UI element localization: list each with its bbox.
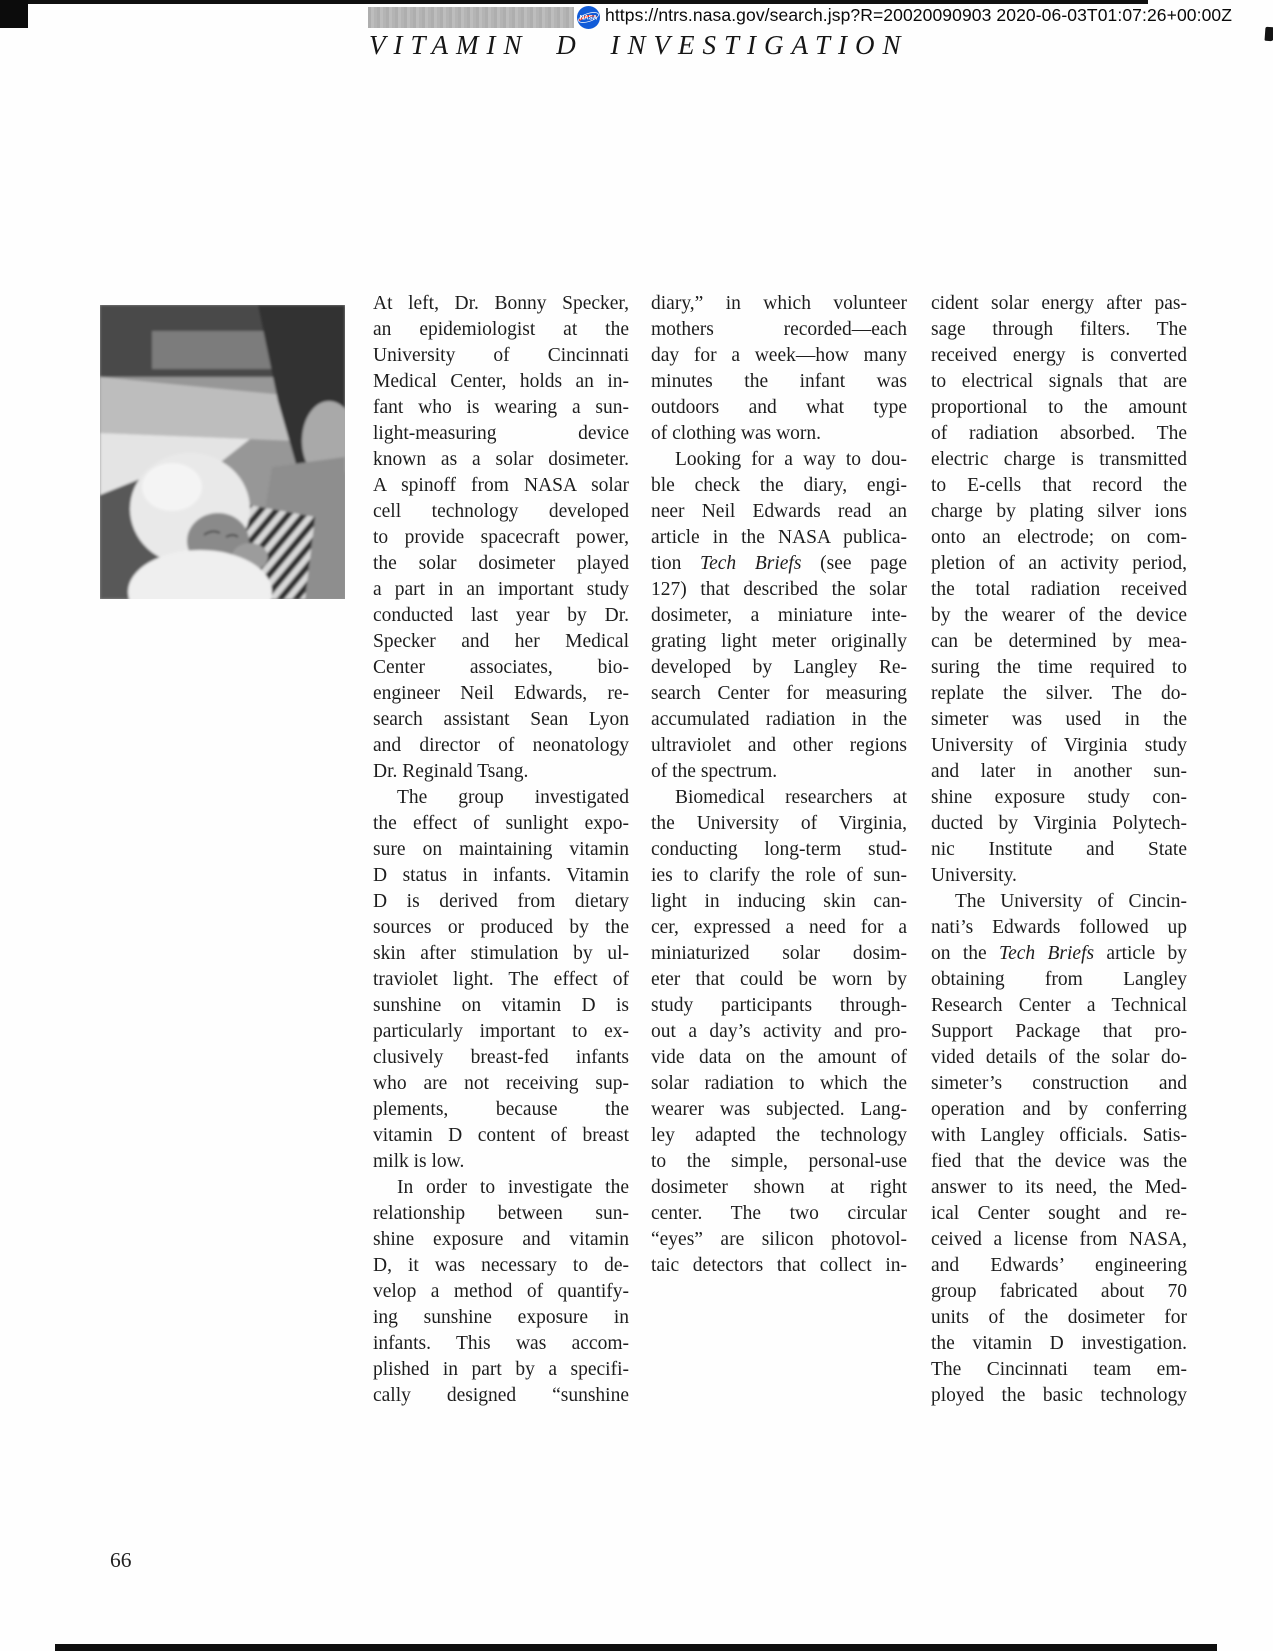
text-line: solar radiation to which the <box>651 1071 907 1097</box>
article-photo <box>100 305 345 599</box>
text-line: cell technology developed <box>373 499 629 525</box>
text-line: light-measuring device <box>373 421 629 447</box>
text-line: who are not receiving sup- <box>373 1071 629 1097</box>
text-line: known as a solar dosimeter. <box>373 447 629 473</box>
article-column-3: cident solar energy after pas-sage throu… <box>931 291 1187 1409</box>
page-number: 66 <box>110 1548 132 1573</box>
text-line: cally designed “sunshine <box>373 1383 629 1409</box>
text-line: Looking for a way to dou- <box>651 447 907 473</box>
text-line: A spinoff from NASA solar <box>373 473 629 499</box>
text-line: plements, because the <box>373 1097 629 1123</box>
text-line: sure on maintaining vitamin <box>373 837 629 863</box>
text-line: center. The two circular <box>651 1201 907 1227</box>
text-line: Biomedical researchers at <box>651 785 907 811</box>
text-line: “eyes” are silicon photovol- <box>651 1227 907 1253</box>
text-line: and Edwards’ engineering <box>931 1253 1187 1279</box>
scan-gray-bar <box>368 7 574 28</box>
text-line: electric charge is transmitted <box>931 447 1187 473</box>
text-line: minutes the infant was <box>651 369 907 395</box>
text-line: the University of Virginia, <box>651 811 907 837</box>
text-line: fant who is wearing a sun- <box>373 395 629 421</box>
text-line: replate the silver. The do- <box>931 681 1187 707</box>
nasa-logo-text: NASA <box>580 15 598 22</box>
text-line: plished in part by a specifi- <box>373 1357 629 1383</box>
text-line: At left, Dr. Bonny Specker, <box>373 291 629 317</box>
text-line: operation and by conferring <box>931 1097 1187 1123</box>
text-line: outdoors and what type <box>651 395 907 421</box>
text-line: ing sunshine exposure in <box>373 1305 629 1331</box>
text-line: relationship between sun- <box>373 1201 629 1227</box>
text-line: D is derived from dietary <box>373 889 629 915</box>
text-line: velop a method of quantify- <box>373 1279 629 1305</box>
text-line: 127) that described the solar <box>651 577 907 603</box>
text-line: vided details of the solar do- <box>931 1045 1187 1071</box>
text-line: University of Cincinnati <box>373 343 629 369</box>
text-line: engineer Neil Edwards, re- <box>373 681 629 707</box>
text-line: sunshine on vitamin D is <box>373 993 629 1019</box>
text-line: the total radiation received <box>931 577 1187 603</box>
text-line: of radiation absorbed. The <box>931 421 1187 447</box>
text-line: The Cincinnati team em- <box>931 1357 1187 1383</box>
text-line: day for a week—how many <box>651 343 907 369</box>
bottom-edge-line <box>55 1644 1217 1651</box>
text-line: particularly important to ex- <box>373 1019 629 1045</box>
text-line: to electrical signals that are <box>931 369 1187 395</box>
text-line: vitamin D content of breast <box>373 1123 629 1149</box>
text-line: shine exposure study con- <box>931 785 1187 811</box>
text-line: fied that the device was the <box>931 1149 1187 1175</box>
text-line: ducted by Virginia Polytech- <box>931 811 1187 837</box>
text-line: D, it was necessary to de- <box>373 1253 629 1279</box>
text-line: sage through filters. The <box>931 317 1187 343</box>
ink-mark <box>1265 27 1273 42</box>
text-line: miniaturized solar dosim- <box>651 941 907 967</box>
text-line: units of the dosimeter for <box>931 1305 1187 1331</box>
text-line: Research Center a Technical <box>931 993 1187 1019</box>
scan-corner-mark <box>0 0 28 28</box>
text-line: search Center for measuring <box>651 681 907 707</box>
text-line: group fabricated about 70 <box>931 1279 1187 1305</box>
text-line: cident solar energy after pas- <box>931 291 1187 317</box>
text-line: proportional to the amount <box>931 395 1187 421</box>
text-line: nati’s Edwards followed up <box>931 915 1187 941</box>
text-line: diary,” in which volunteer <box>651 291 907 317</box>
text-line: ies to clarify the role of sun- <box>651 863 907 889</box>
top-edge-line <box>0 0 1148 4</box>
text-line: ployed the basic technology <box>931 1383 1187 1409</box>
nasa-meatball-icon: NASA <box>577 6 600 29</box>
text-line: of the spectrum. <box>651 759 907 785</box>
text-line: milk is low. <box>373 1149 629 1175</box>
article-column-2: diary,” in which volunteermothers record… <box>651 291 907 1279</box>
text-line: conducted last year by Dr. <box>373 603 629 629</box>
text-line: ceived a license from NASA, <box>931 1227 1187 1253</box>
text-line: answer to its need, the Med- <box>931 1175 1187 1201</box>
text-line: ley adapted the technology <box>651 1123 907 1149</box>
text-line: The group investigated <box>373 785 629 811</box>
text-line: a part in an important study <box>373 577 629 603</box>
text-line: eter that could be worn by <box>651 967 907 993</box>
text-line: D status in infants. Vitamin <box>373 863 629 889</box>
text-line: Dr. Reginald Tsang. <box>373 759 629 785</box>
scan-url-text: https://ntrs.nasa.gov/search.jsp?R=20020… <box>605 5 1255 26</box>
text-line: Medical Center, holds an in- <box>373 369 629 395</box>
text-line: Support Package that pro- <box>931 1019 1187 1045</box>
text-line: suring the time required to <box>931 655 1187 681</box>
text-line: simeter’s construction and <box>931 1071 1187 1097</box>
text-line: light in inducing skin can- <box>651 889 907 915</box>
text-line: cer, expressed a need for a <box>651 915 907 941</box>
text-line: of clothing was worn. <box>651 421 907 447</box>
text-line: ultraviolet and other regions <box>651 733 907 759</box>
text-line: accumulated radiation in the <box>651 707 907 733</box>
text-line: wearer was subjected. Lang- <box>651 1097 907 1123</box>
text-line: ble check the diary, engi- <box>651 473 907 499</box>
text-line: taic detectors that collect in- <box>651 1253 907 1279</box>
text-line: tion Tech Briefs (see page <box>651 551 907 577</box>
text-line: Center associates, bio- <box>373 655 629 681</box>
text-line: traviolet light. The effect of <box>373 967 629 993</box>
text-line: pletion of an activity period, <box>931 551 1187 577</box>
text-line: the vitamin D investigation. <box>931 1331 1187 1357</box>
text-line: to E-cells that record the <box>931 473 1187 499</box>
text-line: simeter was used in the <box>931 707 1187 733</box>
text-line: by the wearer of the device <box>931 603 1187 629</box>
text-line: clusively breast-fed infants <box>373 1045 629 1071</box>
text-line: an epidemiologist at the <box>373 317 629 343</box>
text-line: nic Institute and State <box>931 837 1187 863</box>
text-line: In order to investigate the <box>373 1175 629 1201</box>
text-line: ical Center sought and re- <box>931 1201 1187 1227</box>
text-line: skin after stimulation by ul- <box>373 941 629 967</box>
article-title: VITAMIN D INVESTIGATION <box>369 30 908 61</box>
text-line: the effect of sunlight expo- <box>373 811 629 837</box>
text-line: dosimeter, a miniature inte- <box>651 603 907 629</box>
text-line: conducting long-term stud- <box>651 837 907 863</box>
text-line: and later in another sun- <box>931 759 1187 785</box>
text-line: neer Neil Edwards read an <box>651 499 907 525</box>
text-line: sources or produced by the <box>373 915 629 941</box>
text-line: to the simple, personal-use <box>651 1149 907 1175</box>
text-line: dosimeter shown at right <box>651 1175 907 1201</box>
text-line: with Langley officials. Satis- <box>931 1123 1187 1149</box>
text-line: shine exposure and vitamin <box>373 1227 629 1253</box>
text-line: University of Virginia study <box>931 733 1187 759</box>
text-line: on the Tech Briefs article by <box>931 941 1187 967</box>
text-line: and director of neonatology <box>373 733 629 759</box>
text-line: grating light meter originally <box>651 629 907 655</box>
text-line: developed by Langley Re- <box>651 655 907 681</box>
text-line: University. <box>931 863 1187 889</box>
text-line: to provide spacecraft power, <box>373 525 629 551</box>
text-line: received energy is converted <box>931 343 1187 369</box>
text-line: can be determined by mea- <box>931 629 1187 655</box>
text-line: article in the NASA publica- <box>651 525 907 551</box>
text-line: Specker and her Medical <box>373 629 629 655</box>
text-line: the solar dosimeter played <box>373 551 629 577</box>
text-line: charge by plating silver ions <box>931 499 1187 525</box>
text-line: onto an electrode; on com- <box>931 525 1187 551</box>
text-line: infants. This was accom- <box>373 1331 629 1357</box>
text-line: vide data on the amount of <box>651 1045 907 1071</box>
text-line: mothers recorded—each <box>651 317 907 343</box>
text-line: obtaining from Langley <box>931 967 1187 993</box>
text-line: search assistant Sean Lyon <box>373 707 629 733</box>
article-column-1: At left, Dr. Bonny Specker,an epidemiolo… <box>373 291 629 1409</box>
text-line: out a day’s activity and pro- <box>651 1019 907 1045</box>
text-line: study participants through- <box>651 993 907 1019</box>
text-line: The University of Cincin- <box>931 889 1187 915</box>
